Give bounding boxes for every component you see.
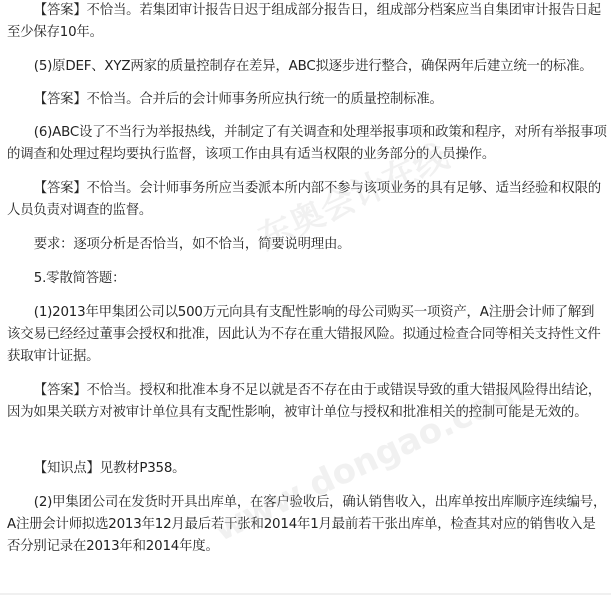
knowledge-point: 【知识点】见教材P358。 [7, 458, 607, 480]
requirement-text: 要求：逐项分析是否恰当，如不恰当，简要说明理由。 [7, 234, 607, 256]
answer-paragraph-1: 【答案】不恰当。若集团审计报告日迟于组成部分报告日，组成部分档案应当自集团审计报… [7, 0, 607, 44]
answer-paragraph-q1: 【答案】不恰当。授权和批准本身不足以就是否不存在由于或错误导致的重大错报风险得出… [7, 380, 607, 424]
question-item-5: (5)原DEF、XYZ两家的质量控制存在差异，ABC拟逐步进行整合，确保两年后建… [7, 56, 607, 78]
answer-paragraph-6: 【答案】不恰当。会计师事务所应当委派本所内部不参与该项业务的具有足够、适当经验和… [7, 178, 607, 222]
question-item-1: (1)2013年甲集团公司以500万元向具有支配性影响的母公司购买一项资产，A注… [7, 302, 607, 368]
question-item-2: (2)甲集团公司在发货时开具出库单，在客户验收后，确认销售收入，出库单按出库顺序… [7, 492, 607, 558]
section-heading-5: 5.零散简答题： [7, 268, 607, 290]
question-item-6: (6)ABC设了不当行为举报热线，并制定了有关调查和处理举报事项和政策和程序，对… [7, 122, 607, 166]
answer-paragraph-5: 【答案】不恰当。合并后的会计师事务所应执行统一的质量控制标准。 [7, 89, 607, 111]
